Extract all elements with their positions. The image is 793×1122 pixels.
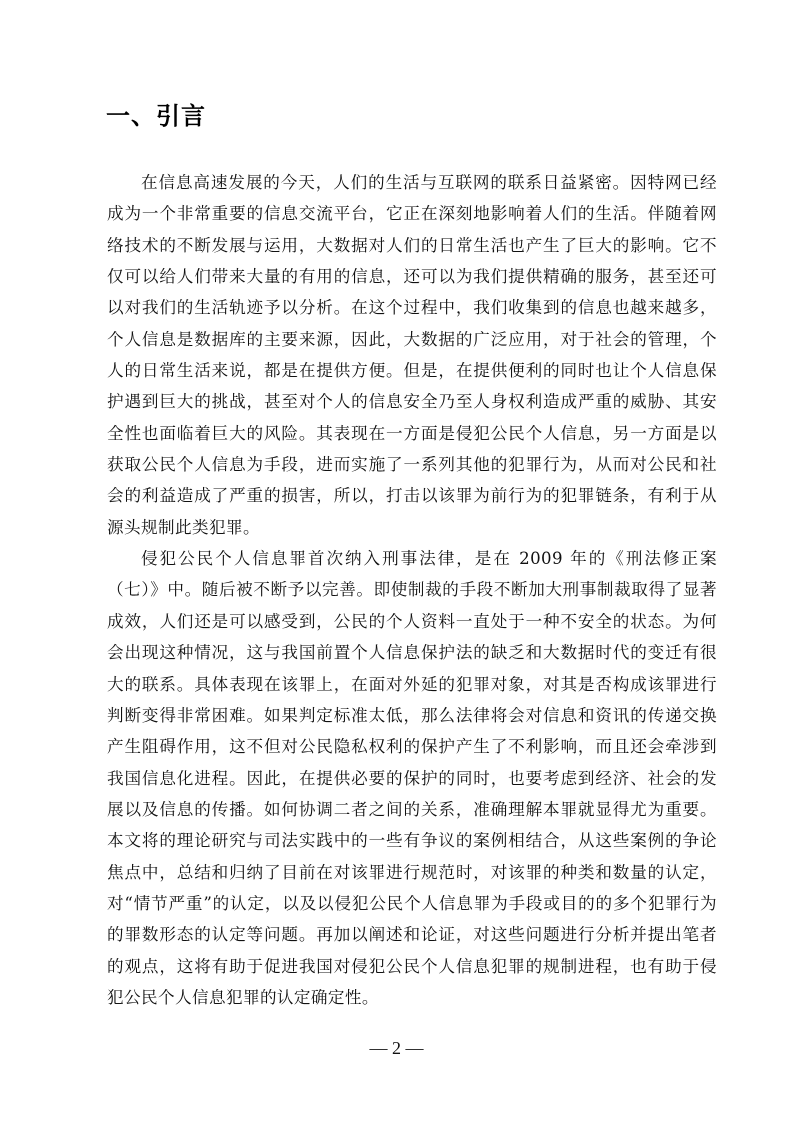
body-text: 在信息高速发展的今天，人们的生活与互联网的联系日益紧密。因特网已经成为一个非常重… (107, 167, 717, 1013)
page-number: — 2 — (0, 1038, 793, 1059)
paragraph-introduction: 在信息高速发展的今天，人们的生活与互联网的联系日益紧密。因特网已经成为一个非常重… (107, 167, 717, 543)
section-heading: 一、引言 (106, 98, 206, 134)
document-page: 一、引言 在信息高速发展的今天，人们的生活与互联网的联系日益紧密。因特网已经成为… (0, 0, 793, 1122)
paragraph-legal-background: 侵犯公民个人信息罪首次纳入刑事法律，是在 2009 年的《刑法修正案（七）》中。… (107, 543, 717, 1013)
